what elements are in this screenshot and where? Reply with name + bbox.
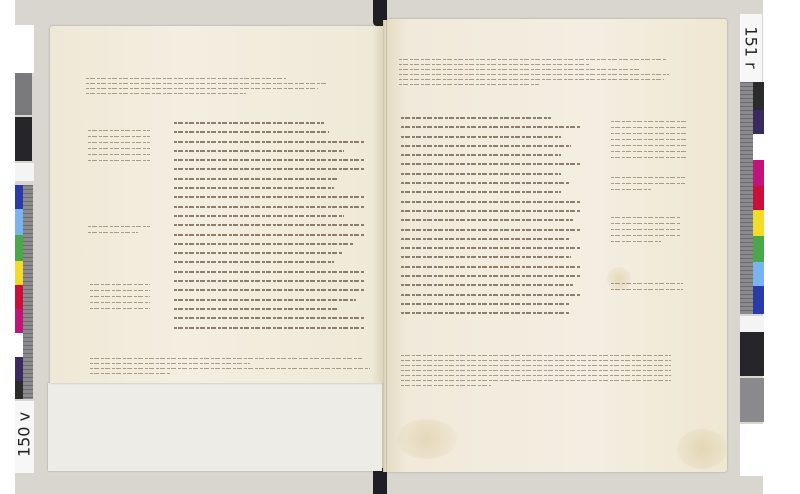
stain xyxy=(677,429,727,469)
scale-black xyxy=(740,332,764,376)
scale-magenta xyxy=(15,309,23,333)
scale-purple xyxy=(753,110,764,134)
left-main-text-column xyxy=(174,122,364,336)
scale-gray xyxy=(740,378,764,422)
right-main-text-column xyxy=(401,117,581,322)
stain xyxy=(397,419,457,459)
scale-white-top xyxy=(15,25,34,73)
scale-purple xyxy=(15,357,23,381)
scale-blue xyxy=(753,286,764,314)
right-ruler xyxy=(740,82,753,314)
right-margin-scholion-1 xyxy=(611,121,687,163)
left-folio-label: 150 v xyxy=(15,412,34,458)
left-margin-scholion-3 xyxy=(90,284,150,314)
left-top-scholia xyxy=(86,78,326,98)
scale-dark xyxy=(15,381,23,399)
right-color-scale: 151 r xyxy=(740,14,764,476)
scale-black xyxy=(15,117,32,161)
right-margin-scholion-2 xyxy=(611,177,685,195)
scale-white-mid xyxy=(740,316,764,332)
scale-white-low xyxy=(753,134,764,160)
scale-cyan xyxy=(753,262,764,286)
scale-blue xyxy=(15,185,23,209)
left-margin-scholion-2 xyxy=(88,226,150,238)
scale-white-low xyxy=(15,333,23,357)
right-bottom-scholia xyxy=(401,355,671,390)
right-folio-label: 151 r xyxy=(742,25,761,71)
scale-green xyxy=(15,235,23,261)
left-page-paper-strip xyxy=(48,383,382,471)
left-color-scale: 150 v xyxy=(15,25,34,475)
scale-yellow xyxy=(15,261,23,285)
scale-gray xyxy=(15,73,32,115)
scale-yellow xyxy=(753,210,764,236)
scale-cyan xyxy=(15,209,23,235)
left-ruler xyxy=(23,185,33,399)
scale-magenta xyxy=(753,160,764,186)
right-top-scholia xyxy=(399,59,669,89)
scale-white-mid xyxy=(15,163,34,181)
right-margin-scholion-4 xyxy=(611,283,683,295)
scale-red xyxy=(753,186,764,210)
scale-red xyxy=(15,285,23,309)
right-folio xyxy=(387,19,727,472)
scale-green xyxy=(753,236,764,262)
left-folio xyxy=(50,26,385,383)
left-margin-scholion-1 xyxy=(88,130,150,166)
scale-white-bottom xyxy=(740,424,764,476)
right-margin-scholion-3 xyxy=(611,217,681,247)
left-bottom-scholia xyxy=(90,358,370,378)
scale-dark xyxy=(753,82,764,110)
